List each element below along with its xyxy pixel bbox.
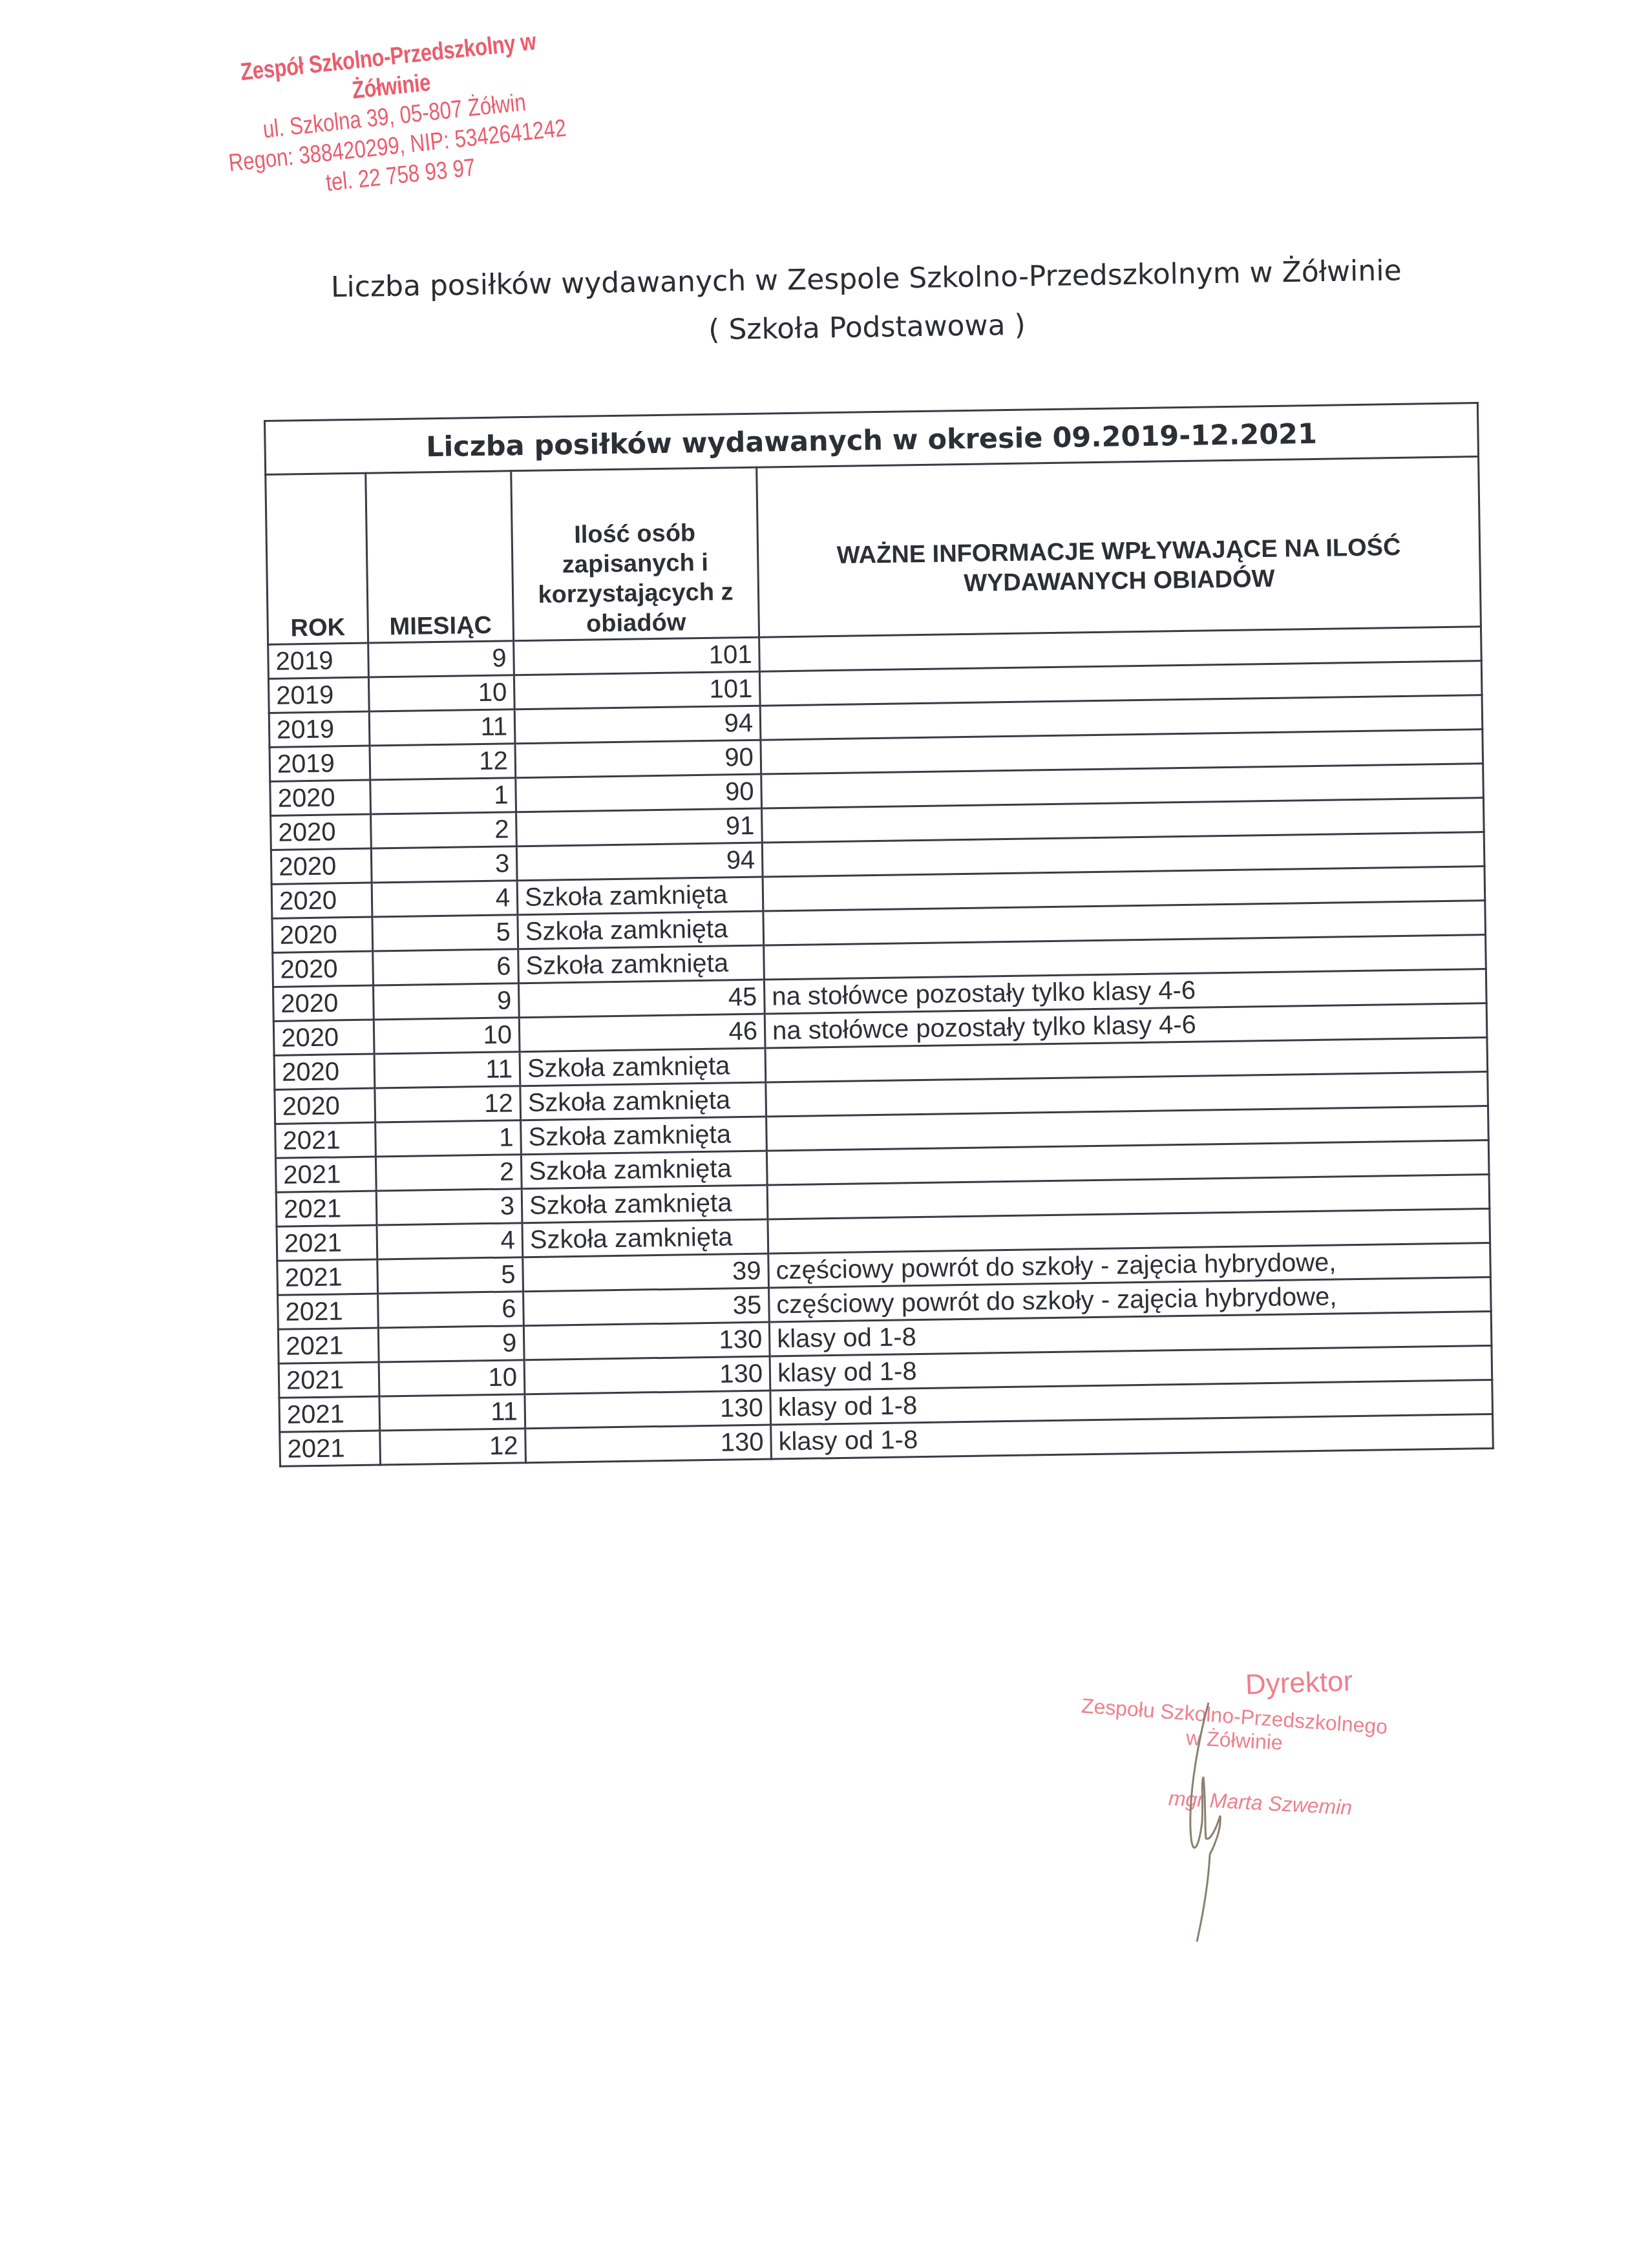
header-year: ROK: [266, 473, 368, 644]
school-stamp: Zespół Szkolno-Przedszkolny w Żółwinie u…: [174, 20, 614, 213]
document-title-line: Liczba posiłków wydawanych w Zespole Szk…: [304, 254, 1429, 304]
cell-count: 90: [515, 740, 761, 778]
meals-table-container: Liczba posiłków wydawanych w okresie 09.…: [264, 402, 1494, 1467]
cell-month: 4: [372, 881, 518, 917]
cell-year: 2020: [271, 848, 372, 884]
cell-month: 11: [369, 709, 515, 746]
cell-month: 2: [371, 812, 517, 848]
cell-count: 94: [514, 706, 761, 744]
cell-year: 2020: [270, 780, 371, 815]
cell-count: Szkoła zamknięta: [518, 911, 764, 949]
table-body: 2019910120191010120191194201912902020190…: [268, 627, 1494, 1467]
meals-table: Liczba posiłków wydawanych w okresie 09.…: [264, 402, 1494, 1467]
cell-count: Szkoła zamknięta: [518, 945, 765, 983]
cell-count: Szkoła zamknięta: [522, 1219, 768, 1257]
cell-count: 91: [516, 808, 763, 846]
cell-month: 3: [376, 1189, 522, 1225]
cell-month: 9: [378, 1326, 524, 1362]
cell-year: 2021: [278, 1328, 379, 1363]
cell-month: 6: [378, 1292, 524, 1328]
cell-month: 9: [374, 983, 520, 1020]
cell-month: 5: [372, 915, 518, 951]
cell-year: 2021: [278, 1294, 379, 1329]
cell-year: 2020: [274, 1054, 375, 1089]
cell-year: 2020: [272, 917, 373, 952]
cell-count: 39: [523, 1254, 769, 1292]
cell-year: 2021: [277, 1225, 377, 1261]
header-count: Ilość osób zapisanych i korzystających z…: [511, 467, 759, 641]
document-subtitle: ( Szkoła Podstawowa ): [304, 302, 1430, 353]
stamp-director-name: mgr Marta Szwemin: [1079, 1781, 1441, 1824]
cell-count: 101: [514, 637, 760, 675]
cell-month: 10: [379, 1360, 525, 1396]
cell-year: 2021: [280, 1431, 381, 1466]
cell-count: 130: [525, 1391, 771, 1429]
cell-year: 2020: [275, 1088, 375, 1124]
cell-month: 1: [370, 778, 516, 814]
cell-count: Szkoła zamknięta: [522, 1185, 768, 1223]
cell-count: 101: [514, 671, 760, 709]
cell-count: 35: [523, 1288, 770, 1326]
cell-year: 2021: [279, 1362, 379, 1398]
cell-year: 2019: [268, 643, 369, 678]
header-month: MIESIĄC: [366, 471, 514, 643]
cell-month: 10: [368, 675, 514, 711]
cell-month: 6: [373, 949, 519, 985]
cell-count: Szkoła zamknięta: [517, 877, 763, 915]
cell-year: 2020: [271, 883, 372, 918]
cell-year: 2019: [269, 711, 370, 747]
document-title: Liczba posiłków wydawanych w Zespole Szk…: [304, 254, 1430, 353]
cell-count: 90: [516, 774, 762, 812]
cell-count: 130: [525, 1425, 772, 1463]
cell-count: 130: [524, 1356, 770, 1394]
cell-month: 11: [374, 1052, 520, 1088]
cell-month: 2: [375, 1155, 522, 1191]
cell-year: 2020: [273, 1020, 374, 1055]
cell-count: 46: [519, 1014, 765, 1052]
cell-year: 2020: [271, 814, 372, 850]
cell-count: 94: [516, 843, 763, 881]
signature-icon: [1163, 1699, 1254, 1945]
cell-month: 3: [371, 846, 517, 883]
cell-month: 1: [375, 1120, 522, 1157]
cell-month: 9: [368, 641, 514, 677]
cell-count: 45: [518, 980, 765, 1018]
cell-count: Szkoła zamknięta: [521, 1151, 767, 1189]
header-notes: WAŻNE INFORMACJE WPŁYWAJĄCE NA ILOŚĆ WYD…: [757, 457, 1481, 638]
cell-year: 2019: [269, 746, 370, 781]
cell-month: 10: [374, 1018, 520, 1054]
cell-year: 2021: [277, 1259, 378, 1295]
cell-year: 2021: [275, 1157, 376, 1192]
stamp-director-title: Dyrektor: [1156, 1662, 1441, 1704]
cell-year: 2019: [268, 677, 369, 713]
cell-year: 2021: [276, 1191, 377, 1226]
cell-month: 12: [370, 744, 516, 780]
cell-year: 2021: [275, 1122, 376, 1158]
cell-count: Szkoła zamknięta: [520, 1048, 766, 1086]
cell-year: 2021: [279, 1396, 380, 1432]
cell-month: 5: [377, 1257, 523, 1294]
cell-month: 4: [377, 1223, 523, 1259]
cell-month: 12: [375, 1086, 521, 1122]
cell-month: 11: [379, 1394, 525, 1431]
cell-count: 130: [523, 1322, 770, 1360]
cell-count: Szkoła zamknięta: [520, 1082, 766, 1120]
cell-year: 2020: [273, 985, 374, 1021]
cell-month: 12: [380, 1429, 526, 1465]
cell-year: 2020: [273, 951, 374, 987]
cell-count: Szkoła zamknięta: [521, 1117, 767, 1155]
